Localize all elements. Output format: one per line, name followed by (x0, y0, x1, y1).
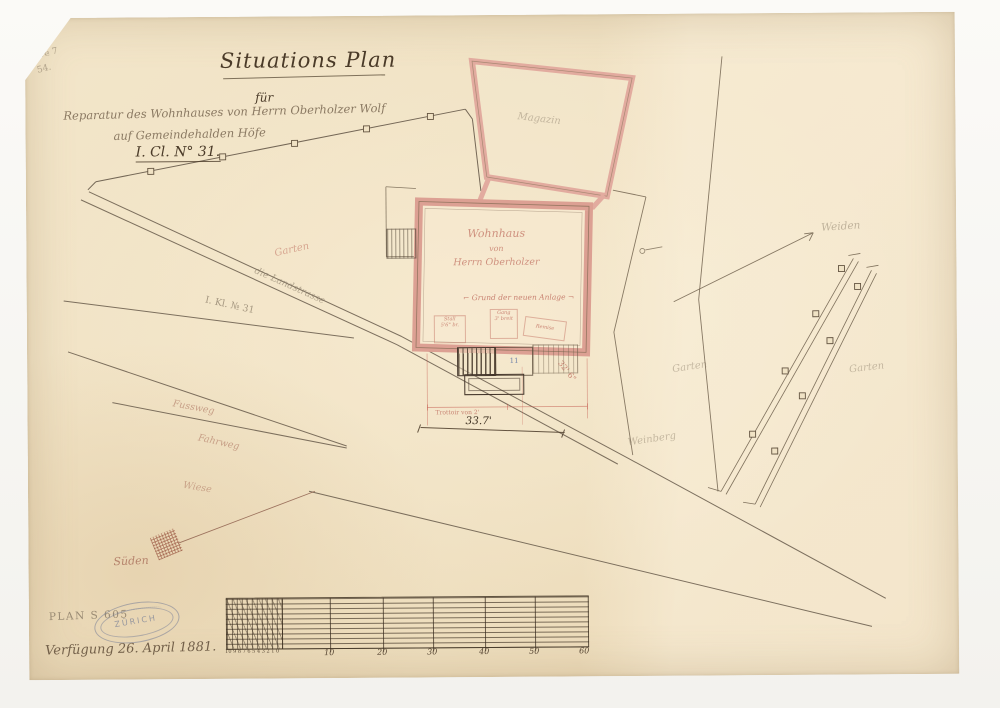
fahrweg-label: Fahrweg (197, 432, 240, 452)
weinberg-label: Weinberg (627, 430, 677, 448)
house-bracket-text: Grund der neuen Anlage (472, 292, 566, 302)
weiden-label: Weiden (821, 219, 861, 233)
right-boundaries (612, 56, 725, 492)
building-upper-walls (472, 60, 633, 197)
garten-left-label: Garten (274, 241, 311, 259)
class-number: I. Cl. N° 31. (136, 144, 221, 163)
staircase-landing: 11 (495, 347, 533, 376)
corner-note-1: № 7 (40, 46, 59, 59)
date-annotation: Verfügung 26. April 1881. (45, 639, 217, 658)
stair-note: 11 (510, 357, 519, 365)
main-dim-label: 33.7' (465, 415, 491, 427)
room3-line1: Remise (535, 323, 554, 331)
room-box-1: Stall 5'6" br. (434, 315, 466, 343)
title-fuer: für (255, 91, 273, 105)
upper-building-label: Magazin (517, 111, 561, 127)
scale-tick (330, 598, 331, 652)
sueden-arrow (178, 491, 315, 543)
scale-tick (485, 597, 486, 651)
staircase-left (457, 347, 496, 376)
scale-bar: 10 9 8 7 6 5 4 3 2 1 0 10 20 30 40 50 60 (226, 595, 589, 650)
garten-right-2: Garten (849, 360, 885, 375)
subject-line-2: auf Gemeindehalden Höfe (113, 125, 266, 143)
scale-label-30: 30 (427, 647, 437, 656)
plan-sheet: № 7 54. Situations Plan für Reparatur de… (25, 12, 960, 680)
lower-landing-inner (468, 378, 520, 391)
room-box-3: Remise (523, 316, 567, 341)
subject-line-1: Reparatur des Wohnhauses von Herrn Oberh… (63, 101, 385, 123)
fence-right-path (706, 253, 880, 507)
scale-label-60: 60 (579, 646, 589, 655)
plan-title: Situations Plan (220, 48, 396, 73)
fussweg-label: Fussweg (172, 398, 216, 417)
room-box-2: Gang 3' breit (490, 309, 518, 339)
scale-minor-labels: 10 9 8 7 6 5 4 3 2 1 0 (225, 648, 287, 654)
scale-tick (433, 597, 434, 651)
room2-line2: 3' breit (495, 316, 513, 322)
scale-label-20: 20 (377, 648, 387, 657)
house-bracket-label: ⌐ Grund der neuen Anlage ¬ (457, 292, 581, 302)
garten-right-1: Garten (672, 359, 708, 375)
scale-label-50: 50 (529, 647, 539, 656)
corner-note-2: 54. (36, 62, 52, 75)
scale-label-10: 10 (324, 648, 334, 657)
house-label-3: Herrn Oberholzer (451, 257, 541, 269)
room1-line2: 5'6" br. (441, 322, 459, 328)
house-label-1: Wohnhaus (451, 227, 541, 241)
direction-marker-hatch (150, 528, 183, 560)
road-class-label: I. Kl. № 31 (204, 295, 255, 317)
sueden-label: Süden (113, 554, 149, 568)
scale-bar-transversal (227, 598, 283, 648)
wiese-label: Wiese (182, 480, 212, 496)
annex-steps (386, 229, 416, 259)
weiden-arrow (673, 233, 813, 302)
scale-tick (383, 598, 384, 652)
road-name-label: die Landstrasse (253, 265, 327, 306)
scale-label-40: 40 (479, 647, 489, 656)
survey-mark (640, 247, 663, 254)
house-label-2: von (451, 244, 541, 254)
scanned-plan: № 7 54. Situations Plan für Reparatur de… (0, 0, 1000, 708)
scale-tick (535, 597, 536, 651)
lower-landing (464, 374, 524, 395)
